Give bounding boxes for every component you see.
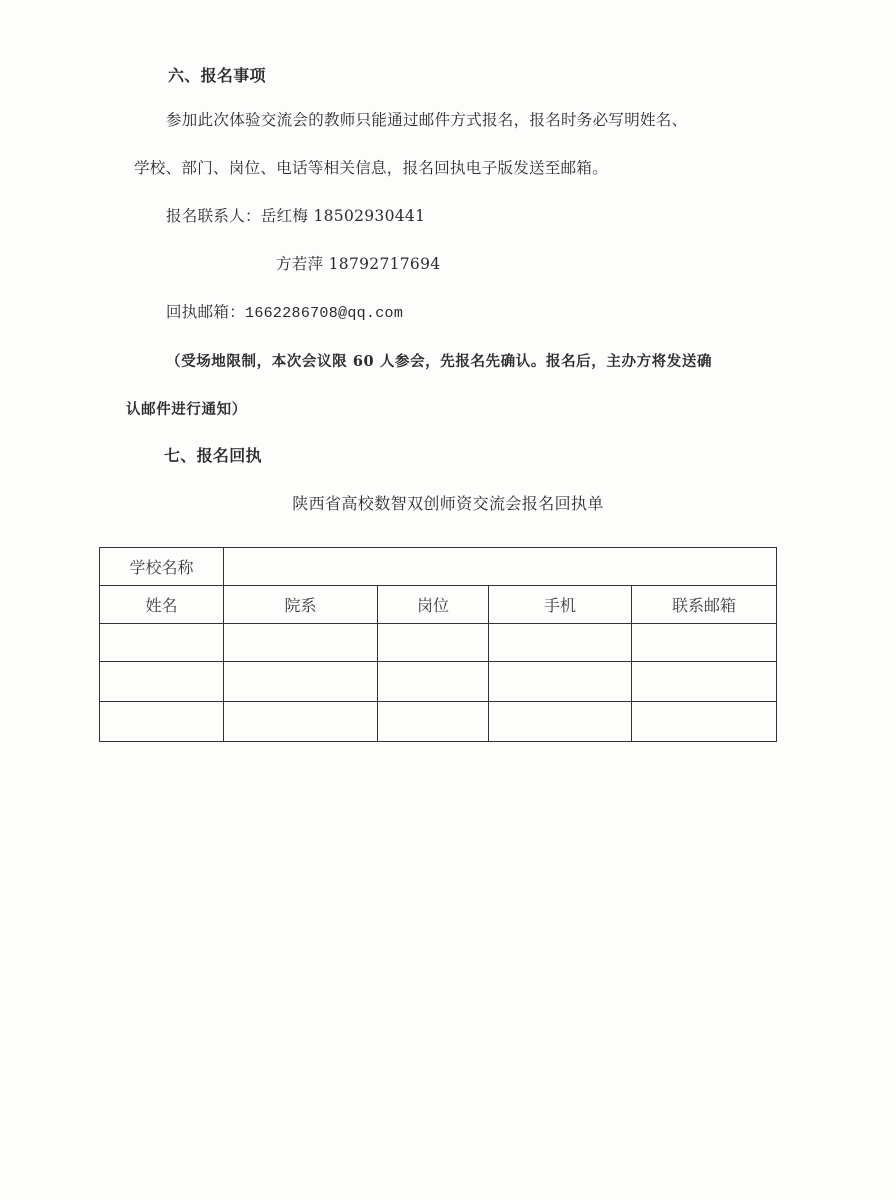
capacity-note-line-2: 认邮件进行通知） [126,400,247,420]
contact-line-2: 方若萍 18792717694 [276,254,440,274]
contact-label: 报名联系人： [166,207,261,225]
cell-position[interactable] [378,662,489,702]
header-name: 姓名 [100,586,224,624]
header-email: 联系邮箱 [632,586,777,624]
cell-position[interactable] [378,624,489,662]
header-mobile: 手机 [489,586,632,624]
cell-email[interactable] [632,624,777,662]
cell-name[interactable] [100,662,224,702]
cell-position[interactable] [378,702,489,742]
cell-name[interactable] [100,624,224,662]
header-row: 姓名 院系 岗位 手机 联系邮箱 [100,586,777,624]
registration-form-table: 学校名称 姓名 院系 岗位 手机 联系邮箱 [99,547,777,742]
cell-mobile[interactable] [489,702,632,742]
cell-name[interactable] [100,702,224,742]
contact-phone: 18792717694 [329,255,441,273]
header-position: 岗位 [378,586,489,624]
table-row [100,662,777,702]
contact-name: 方若萍 [276,255,323,273]
registration-paragraph-line-2: 学校、部门、岗位、电话等相关信息，报名回执电子版发送至邮箱。 [134,158,608,178]
cell-email[interactable] [632,662,777,702]
email-label: 回执邮箱： [166,303,245,321]
cell-department[interactable] [224,662,378,702]
header-department: 院系 [224,586,378,624]
cell-department[interactable] [224,702,378,742]
section-7-heading: 七、报名回执 [164,446,262,466]
table-row [100,624,777,662]
cell-mobile[interactable] [489,662,632,702]
contact-line-1: 报名联系人：岳红梅 18502930441 [166,206,425,226]
table-row [100,702,777,742]
cell-mobile[interactable] [489,624,632,662]
section-6-heading: 六、报名事项 [168,66,266,86]
school-row: 学校名称 [100,548,777,586]
capacity-note-line-1: （受场地限制，本次会议限 60 人参会，先报名先确认。报名后，主办方将发送确 [166,352,712,372]
registration-paragraph-line-1: 参加此次体验交流会的教师只能通过邮件方式报名，报名时务必写明姓名、 [166,110,687,130]
school-label-cell: 学校名称 [100,548,224,586]
email-line: 回执邮箱：1662286708@qq.com [166,302,403,324]
school-value-cell[interactable] [224,548,777,586]
contact-phone: 18502930441 [313,207,425,225]
form-title: 陕西省高校数智双创师资交流会报名回执单 [0,494,896,514]
cell-department[interactable] [224,624,378,662]
cell-email[interactable] [632,702,777,742]
contact-name: 岳红梅 [261,207,308,225]
reply-email: 1662286708@qq.com [245,305,403,322]
